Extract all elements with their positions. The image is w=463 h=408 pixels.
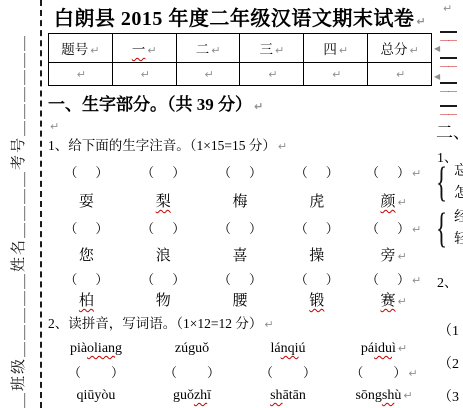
close-paren: ）: [95, 272, 108, 288]
pinyin-misspelled: sh: [270, 388, 282, 403]
character-row: 耍梨梅虎颜↵: [48, 190, 432, 214]
answer-paren-cell: （）: [48, 272, 125, 288]
paren-pair: （）: [164, 364, 220, 382]
brace-character: 经: [454, 207, 463, 229]
pinyin-cell: piàoliang: [48, 338, 144, 360]
character-glyph: 梨: [156, 194, 171, 210]
pinyin-cell: shātān: [240, 386, 336, 406]
paren-pair: （）: [141, 220, 185, 238]
character-glyph: 您: [79, 248, 94, 264]
character-cell: 虎: [278, 190, 355, 214]
pinyin-cell: guǒzhī: [144, 386, 240, 406]
section1-heading-text: 一、生字部分。（共 39 分）: [48, 95, 252, 114]
blank-line-with-squiggle: ﹏﹏: [440, 31, 457, 41]
pinyin-plain: ī: [207, 388, 211, 403]
paren-pair: （）: [141, 272, 185, 288]
close-paren: ）: [95, 220, 108, 238]
paragraph-mark: ↵: [412, 274, 421, 287]
character-glyph: 物: [156, 293, 171, 309]
pinyin-cell: sōngshù↵: [336, 386, 432, 406]
pinyin-misspelled: sh: [382, 388, 394, 403]
open-paren: （: [295, 272, 308, 288]
section1-heading: 一、生字部分。（共 39 分）↵: [48, 93, 432, 117]
paren-pair: （）: [64, 272, 108, 288]
pinyin-cell: páiduì↵: [336, 338, 432, 360]
paragraph-mark: ↵: [211, 44, 220, 57]
paragraph-mark: ↵: [278, 140, 287, 153]
brace-characters: 经轻: [454, 207, 463, 251]
answer-paren-cell: （）↵: [355, 164, 432, 182]
blank-line-with-squiggle: ﹏﹏: [440, 105, 457, 115]
spellcheck-squiggle: ﹏﹏: [440, 84, 457, 92]
open-paren: （: [64, 164, 77, 182]
character-glyph: 操: [309, 248, 324, 264]
close-paren: ）: [207, 364, 220, 382]
paragraph-mark: ↵: [408, 367, 417, 380]
next-section-heading: 二、: [436, 118, 463, 143]
table-row-end-mark: ◀: [434, 44, 440, 53]
score-table-header-cell: 二↵: [176, 34, 240, 63]
character-glyph: 颜: [380, 194, 395, 210]
score-table-header-label: 一: [132, 42, 146, 57]
close-paren: ）: [172, 272, 185, 288]
answer-paren-row: （）（）（）（）（）↵: [48, 272, 432, 288]
paren-pair: （）: [260, 364, 316, 382]
close-paren: ）: [172, 164, 185, 182]
pinyin-plain: ù: [394, 388, 401, 403]
brace-character: 忘: [454, 161, 463, 183]
pinyin-plain: g: [115, 341, 122, 356]
character-cell: 柏: [48, 290, 125, 312]
open-paren: （: [260, 364, 273, 382]
pinyin-plain: guǒ: [173, 388, 194, 403]
pinyin-word: sōngshù: [355, 388, 401, 403]
pinyin-row: qiūyòuguǒzhīshātānsōngshù↵: [48, 386, 432, 406]
spellcheck-squiggle: ﹏﹏: [440, 59, 457, 67]
character-glyph: 虎: [309, 194, 324, 210]
paren-pair: （）: [64, 220, 108, 238]
score-table-blank-cell: ↵: [49, 63, 113, 86]
answer-paren-cell: （）: [202, 220, 279, 238]
paragraph-mark: ↵: [90, 44, 99, 57]
character-cell: 腰: [202, 290, 279, 312]
open-paren: （: [68, 364, 81, 382]
pinyin-plain: qiūyòu: [77, 388, 116, 403]
spellcheck-squiggle: ﹏﹏: [440, 33, 457, 41]
score-table-blank-cell: ↵: [176, 63, 240, 86]
pinyin-cell: zúguǒ: [144, 338, 240, 360]
paren-pair: （）: [218, 220, 262, 238]
open-paren: （: [64, 272, 77, 288]
open-paren: （: [141, 220, 154, 238]
answer-paren-cell: （）: [144, 364, 240, 382]
character-glyph: 赛: [380, 293, 395, 309]
answer-paren-cell: （）↵: [355, 272, 432, 288]
score-table-header-label: 题号: [61, 42, 88, 57]
score-table-header-cell: 一↵: [112, 34, 176, 63]
score-table-blank-cell: ↵: [112, 63, 176, 86]
answer-paren-cell: （）: [48, 220, 125, 238]
pinyin-plain: ì: [392, 341, 396, 356]
character-glyph: 浪: [156, 248, 171, 264]
character-glyph: 耍: [79, 194, 94, 210]
open-paren: （: [218, 220, 231, 238]
paragraph-mark: ↵: [254, 100, 263, 113]
paragraph-mark: ↵: [397, 196, 406, 209]
brace-characters: 忘怎: [454, 161, 463, 205]
answer-paren-cell: （）: [278, 220, 355, 238]
paragraph-mark: ↵: [264, 318, 273, 331]
open-paren: （: [366, 220, 379, 238]
paren-pair: （）: [64, 164, 108, 182]
answer-paren-row: （）（）（）（）↵: [48, 364, 432, 382]
pinyin-word: piàoliang: [70, 341, 122, 356]
answer-paren-row: （）（）（）（）（）↵: [48, 220, 432, 238]
answer-paren-cell: （）: [125, 164, 202, 182]
open-paren: （: [366, 272, 379, 288]
close-paren: ）: [393, 364, 406, 382]
question1-text: 1、给下面的生字注音。（1×15=15 分）: [48, 138, 276, 153]
character-glyph: 旁: [380, 248, 395, 264]
pinyin-word: páiduì: [361, 341, 396, 356]
character-row: 您浪喜操旁↵: [48, 244, 432, 268]
paren-pair: （）: [295, 164, 339, 182]
character-glyph: 锻: [309, 293, 324, 309]
pinyin-plain: ātān: [283, 388, 306, 403]
score-table-header-cell: 题号↵: [49, 34, 113, 63]
open-paren: （: [141, 164, 154, 182]
score-table-blank-cell: ↵: [304, 63, 368, 86]
question2-text: 2、读拼音，写词语。（1×12=12 分）: [48, 316, 262, 331]
open-paren: （: [64, 220, 77, 238]
close-paren: ）: [397, 220, 410, 238]
paren-pair: （）: [218, 272, 262, 288]
character-cell: 旁↵: [355, 244, 432, 268]
close-paren: ）: [326, 272, 339, 288]
character-glyph: 柏: [79, 293, 94, 309]
open-paren: （: [366, 164, 379, 182]
paragraph-mark: ↵: [204, 68, 213, 81]
score-table-header-cell: 三↵: [240, 34, 304, 63]
close-paren: ）: [95, 164, 108, 182]
character-glyph: 喜: [232, 248, 247, 264]
close-paren: ）: [249, 220, 262, 238]
pinyin-plain: pià: [70, 341, 87, 356]
paren-pair: （）: [366, 220, 410, 238]
pinyin-word: qiūyòu: [77, 388, 116, 403]
paragraph-mark: ↵: [141, 68, 150, 81]
left-brace: {: [436, 161, 447, 205]
paren-pair: （）: [350, 364, 406, 382]
open-paren: （: [218, 164, 231, 182]
score-table-header-cell: 四↵: [304, 34, 368, 63]
paren-pair: （）: [295, 220, 339, 238]
paragraph-mark: ↵: [403, 389, 412, 402]
pinyin-cell: qiūyòu: [48, 386, 144, 406]
paragraph-mark: ↵: [409, 44, 418, 57]
spellcheck-squiggle: ﹏﹏: [440, 107, 457, 115]
score-table-header-cell: 总分↵: [368, 34, 432, 63]
pinyin-misspelled: idu: [374, 341, 392, 356]
answer-paren-cell: （）: [125, 220, 202, 238]
score-table-blank-cell: ↵: [240, 63, 304, 86]
brace-character: 轻: [454, 229, 463, 251]
paragraph-mark: ↵: [396, 68, 405, 81]
score-table-header-row: 题号↵一↵二↵三↵四↵总分↵: [49, 34, 432, 63]
paragraph-mark: ↵: [443, 2, 452, 15]
empty-line: ↵: [48, 117, 432, 135]
left-brace: {: [436, 207, 447, 251]
pinyin-word: zúguǒ: [175, 341, 209, 356]
character-cell: 梨: [125, 190, 202, 214]
score-table-blank-row: ↵↵↵↵↵↵: [49, 63, 432, 86]
exam-paper-page: ＿班级＿＿＿＿＿姓名＿＿＿＿考号＿＿＿＿＿＿ 白朗县 2015 年度二年级汉语文…: [0, 0, 463, 408]
table-row-end-mark: ◀: [434, 72, 440, 81]
answer-paren-cell: （）: [202, 272, 279, 288]
answer-paren-cell: （）: [125, 272, 202, 288]
close-paren: ）: [397, 164, 410, 182]
paren-pair: （）: [218, 164, 262, 182]
character-cell: 喜: [202, 244, 279, 268]
open-paren: （: [295, 220, 308, 238]
open-paren: （: [218, 272, 231, 288]
paren-pair: （）: [68, 364, 124, 382]
question2: 2、读拼音，写词语。（1×12=12 分）↵: [48, 314, 432, 334]
character-cell: 耍: [48, 190, 125, 214]
pinyin-row: piàoliangzúguǒlánqiúpáiduì↵: [48, 338, 432, 360]
blank-line-with-squiggle: ﹏﹏: [440, 82, 457, 92]
close-paren: ）: [249, 272, 262, 288]
paragraph-mark: ↵: [416, 15, 426, 28]
answer-paren-cell: （）: [48, 364, 144, 382]
page-title-text: 白朗县 2015 年度二年级汉语文期末试卷: [54, 8, 415, 30]
pinyin-cell: lánqiú: [240, 338, 336, 360]
answer-paren-cell: （）↵: [336, 364, 432, 382]
close-paren: ）: [326, 220, 339, 238]
score-table-header-label: 三: [260, 42, 274, 57]
brace-character: 怎: [454, 183, 463, 205]
next-item-number: 2、: [437, 272, 458, 292]
page-title: 白朗县 2015 年度二年级汉语文期末试卷↵: [48, 0, 432, 33]
character-cell: 梅: [202, 190, 279, 214]
character-cell: 您: [48, 244, 125, 268]
paragraph-mark: ↵: [412, 167, 421, 180]
paragraph-mark: ↵: [398, 342, 407, 355]
pinyin-plain: ú: [299, 341, 306, 356]
paragraph-mark: ↵: [147, 44, 156, 57]
character-cell: 锻: [278, 290, 355, 312]
pinyin-word: lánqiú: [271, 341, 306, 356]
paragraph-mark: ↵: [397, 250, 406, 263]
sub-item-number: （2: [438, 353, 459, 373]
pinyin-plain: lá: [271, 341, 281, 356]
close-paren: ）: [172, 220, 185, 238]
score-table-header-label: 总分: [380, 42, 407, 57]
paren-pair: （）: [366, 164, 410, 182]
answer-paren-cell: （）: [240, 364, 336, 382]
close-paren: ）: [397, 272, 410, 288]
sub-item-number: （3: [438, 386, 459, 406]
score-table-blank-cell: ↵: [368, 63, 432, 86]
character-glyph: 梅: [232, 194, 247, 210]
close-paren: ）: [111, 364, 124, 382]
answer-paren-cell: （）: [202, 164, 279, 182]
character-cell: 赛↵: [355, 290, 432, 312]
close-paren: ）: [249, 164, 262, 182]
paragraph-mark: ↵: [332, 68, 341, 81]
open-paren: （: [164, 364, 177, 382]
main-column: 白朗县 2015 年度二年级汉语文期末试卷↵ 题号↵一↵二↵三↵四↵总分↵ ↵↵…: [48, 0, 432, 406]
score-table: 题号↵一↵二↵三↵四↵总分↵ ↵↵↵↵↵↵: [48, 33, 432, 86]
character-row: 柏物腰锻赛↵: [48, 290, 432, 312]
answer-paren-row: （）（）（）（）（）↵: [48, 164, 432, 182]
sub-item-number: （1: [438, 320, 459, 340]
question1: 1、给下面的生字注音。（1×15=15 分）↵: [48, 135, 432, 157]
paragraph-mark: ↵: [275, 44, 284, 57]
pinyin-plain: zúguǒ: [175, 341, 209, 356]
open-paren: （: [350, 364, 363, 382]
paragraph-mark: ↵: [77, 68, 86, 81]
close-paren: ）: [326, 164, 339, 182]
answer-paren-cell: （）↵: [355, 220, 432, 238]
score-table-header-label: 二: [196, 42, 210, 57]
open-paren: （: [141, 272, 154, 288]
pinyin-misspelled: nqi: [281, 341, 299, 356]
compare-brace-group: {忘怎: [436, 161, 463, 205]
character-cell: 颜↵: [355, 190, 432, 214]
pinyin-misspelled: zh: [194, 388, 207, 403]
character-cell: 浪: [125, 244, 202, 268]
binding-dashed-line: [40, 0, 42, 408]
score-table-header-label: 四: [323, 42, 337, 57]
paragraph-mark: ↵: [397, 295, 406, 308]
pinyin-word: shātān: [270, 388, 306, 403]
paragraph-mark: ↵: [268, 68, 277, 81]
pinyin-misspelled: olian: [87, 341, 115, 356]
character-glyph: 腰: [232, 293, 247, 309]
character-cell: 物: [125, 290, 202, 312]
pinyin-plain: sōng: [355, 388, 381, 403]
blank-line-with-squiggle: ﹏﹏: [440, 57, 457, 67]
paragraph-mark: ↵: [50, 120, 59, 133]
answer-paren-cell: （）: [278, 164, 355, 182]
answer-paren-cell: （）: [278, 272, 355, 288]
close-paren: ）: [303, 364, 316, 382]
paren-pair: （）: [295, 272, 339, 288]
pinyin-plain: pá: [361, 341, 374, 356]
answer-paren-cell: （）: [48, 164, 125, 182]
binding-margin-labels: ＿班级＿＿＿＿＿姓名＿＿＿＿考号＿＿＿＿＿＿: [6, 0, 32, 408]
paren-pair: （）: [366, 272, 410, 288]
paragraph-mark: ↵: [339, 44, 348, 57]
paragraph-mark: ↵: [412, 223, 421, 236]
character-cell: 操: [278, 244, 355, 268]
open-paren: （: [295, 164, 308, 182]
pinyin-word: guǒzhī: [173, 388, 211, 403]
paren-pair: （）: [141, 164, 185, 182]
compare-brace-group: {经轻: [436, 207, 463, 251]
